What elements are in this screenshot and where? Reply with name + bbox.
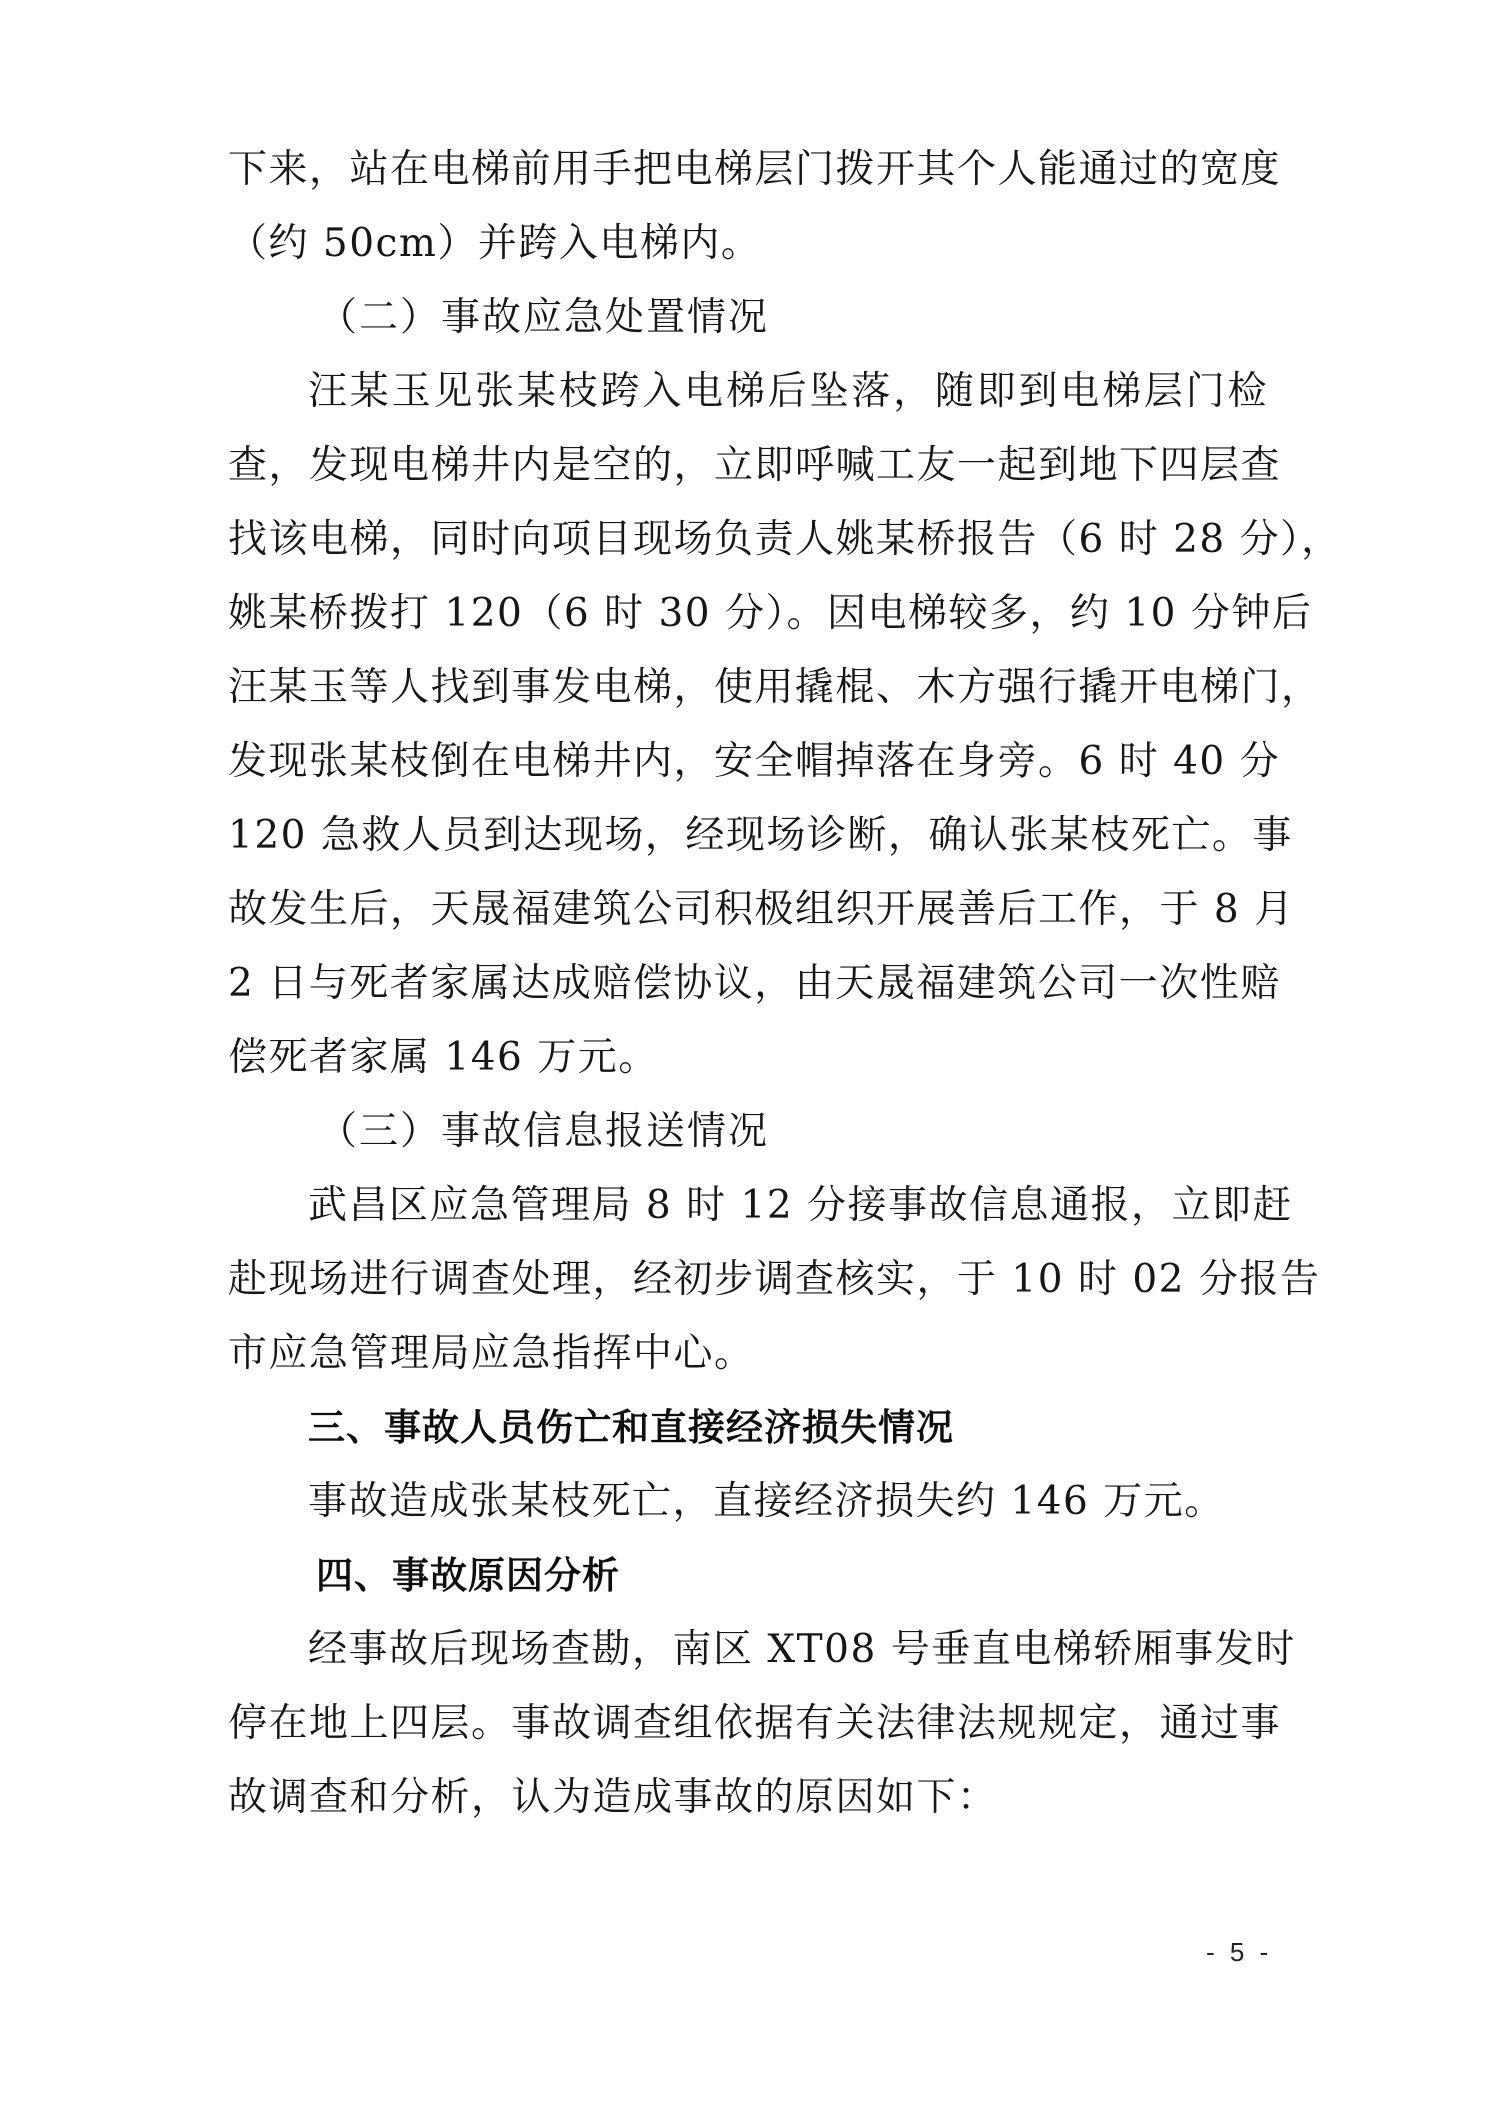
page-number: - 5 -	[1206, 1937, 1272, 1968]
paragraph-line: 停在地上四层。事故调查组依据有关法律法规规定，通过事	[228, 1700, 1268, 1748]
paragraph-line: 2 日与死者家属达成赔偿协议，由天晟福建筑公司一次性赔	[228, 960, 1268, 1008]
section-heading: 四、事故原因分析	[316, 1552, 620, 1600]
paragraph-line: 120 急救人员到达现场，经现场诊断，确认张某枝死亡。事	[228, 812, 1268, 860]
paragraph-line: 姚某桥拨打 120（6 时 30 分）。因电梯较多，约 10 分钟后	[228, 590, 1268, 638]
paragraph-line: 查，发现电梯井内是空的，立即呼喊工友一起到地下四层查	[228, 442, 1268, 490]
paragraph-line: 偿死者家属 146 万元。	[228, 1034, 1268, 1082]
paragraph-line: 发现张某枝倒在电梯井内，安全帽掉落在身旁。6 时 40 分	[228, 738, 1268, 786]
section-heading: 三、事故人员伤亡和直接经济损失情况	[308, 1404, 954, 1452]
paragraph-line: 下来，站在电梯前用手把电梯层门拨开其个人能通过的宽度	[228, 146, 1268, 194]
paragraph-line: 汪某玉等人找到事发电梯，使用撬棍、木方强行撬开电梯门，	[228, 664, 1268, 712]
document-page: 下来，站在电梯前用手把电梯层门拨开其个人能通过的宽度 （约 50cm）并跨入电梯…	[0, 0, 1487, 2104]
paragraph-line: （约 50cm）并跨入电梯内。	[228, 220, 1268, 268]
paragraph-line: 故发生后，天晟福建筑公司积极组织开展善后工作，于 8 月	[228, 886, 1268, 934]
paragraph-line: 武昌区应急管理局 8 时 12 分接事故信息通报，立即赶	[308, 1182, 1268, 1230]
paragraph-line: 市应急管理局应急指挥中心。	[228, 1330, 1268, 1378]
paragraph-line: 经事故后现场查勘，南区 XT08 号垂直电梯轿厢事发时	[308, 1626, 1268, 1674]
paragraph-line: 事故造成张某枝死亡，直接经济损失约 146 万元。	[308, 1478, 1268, 1526]
paragraph-line: 故调查和分析，认为造成事故的原因如下：	[228, 1774, 1268, 1822]
paragraph-line: 赴现场进行调查处理，经初步调查核实，于 10 时 02 分报告	[228, 1256, 1268, 1304]
paragraph-line: 找该电梯，同时向项目现场负责人姚某桥报告（6 时 28 分），	[228, 516, 1268, 564]
section-subheading: （二）事故应急处置情况	[318, 294, 1358, 342]
section-subheading: （三）事故信息报送情况	[318, 1108, 1358, 1156]
paragraph-line: 汪某玉见张某枝跨入电梯后坠落，随即到电梯层门检	[308, 368, 1268, 416]
